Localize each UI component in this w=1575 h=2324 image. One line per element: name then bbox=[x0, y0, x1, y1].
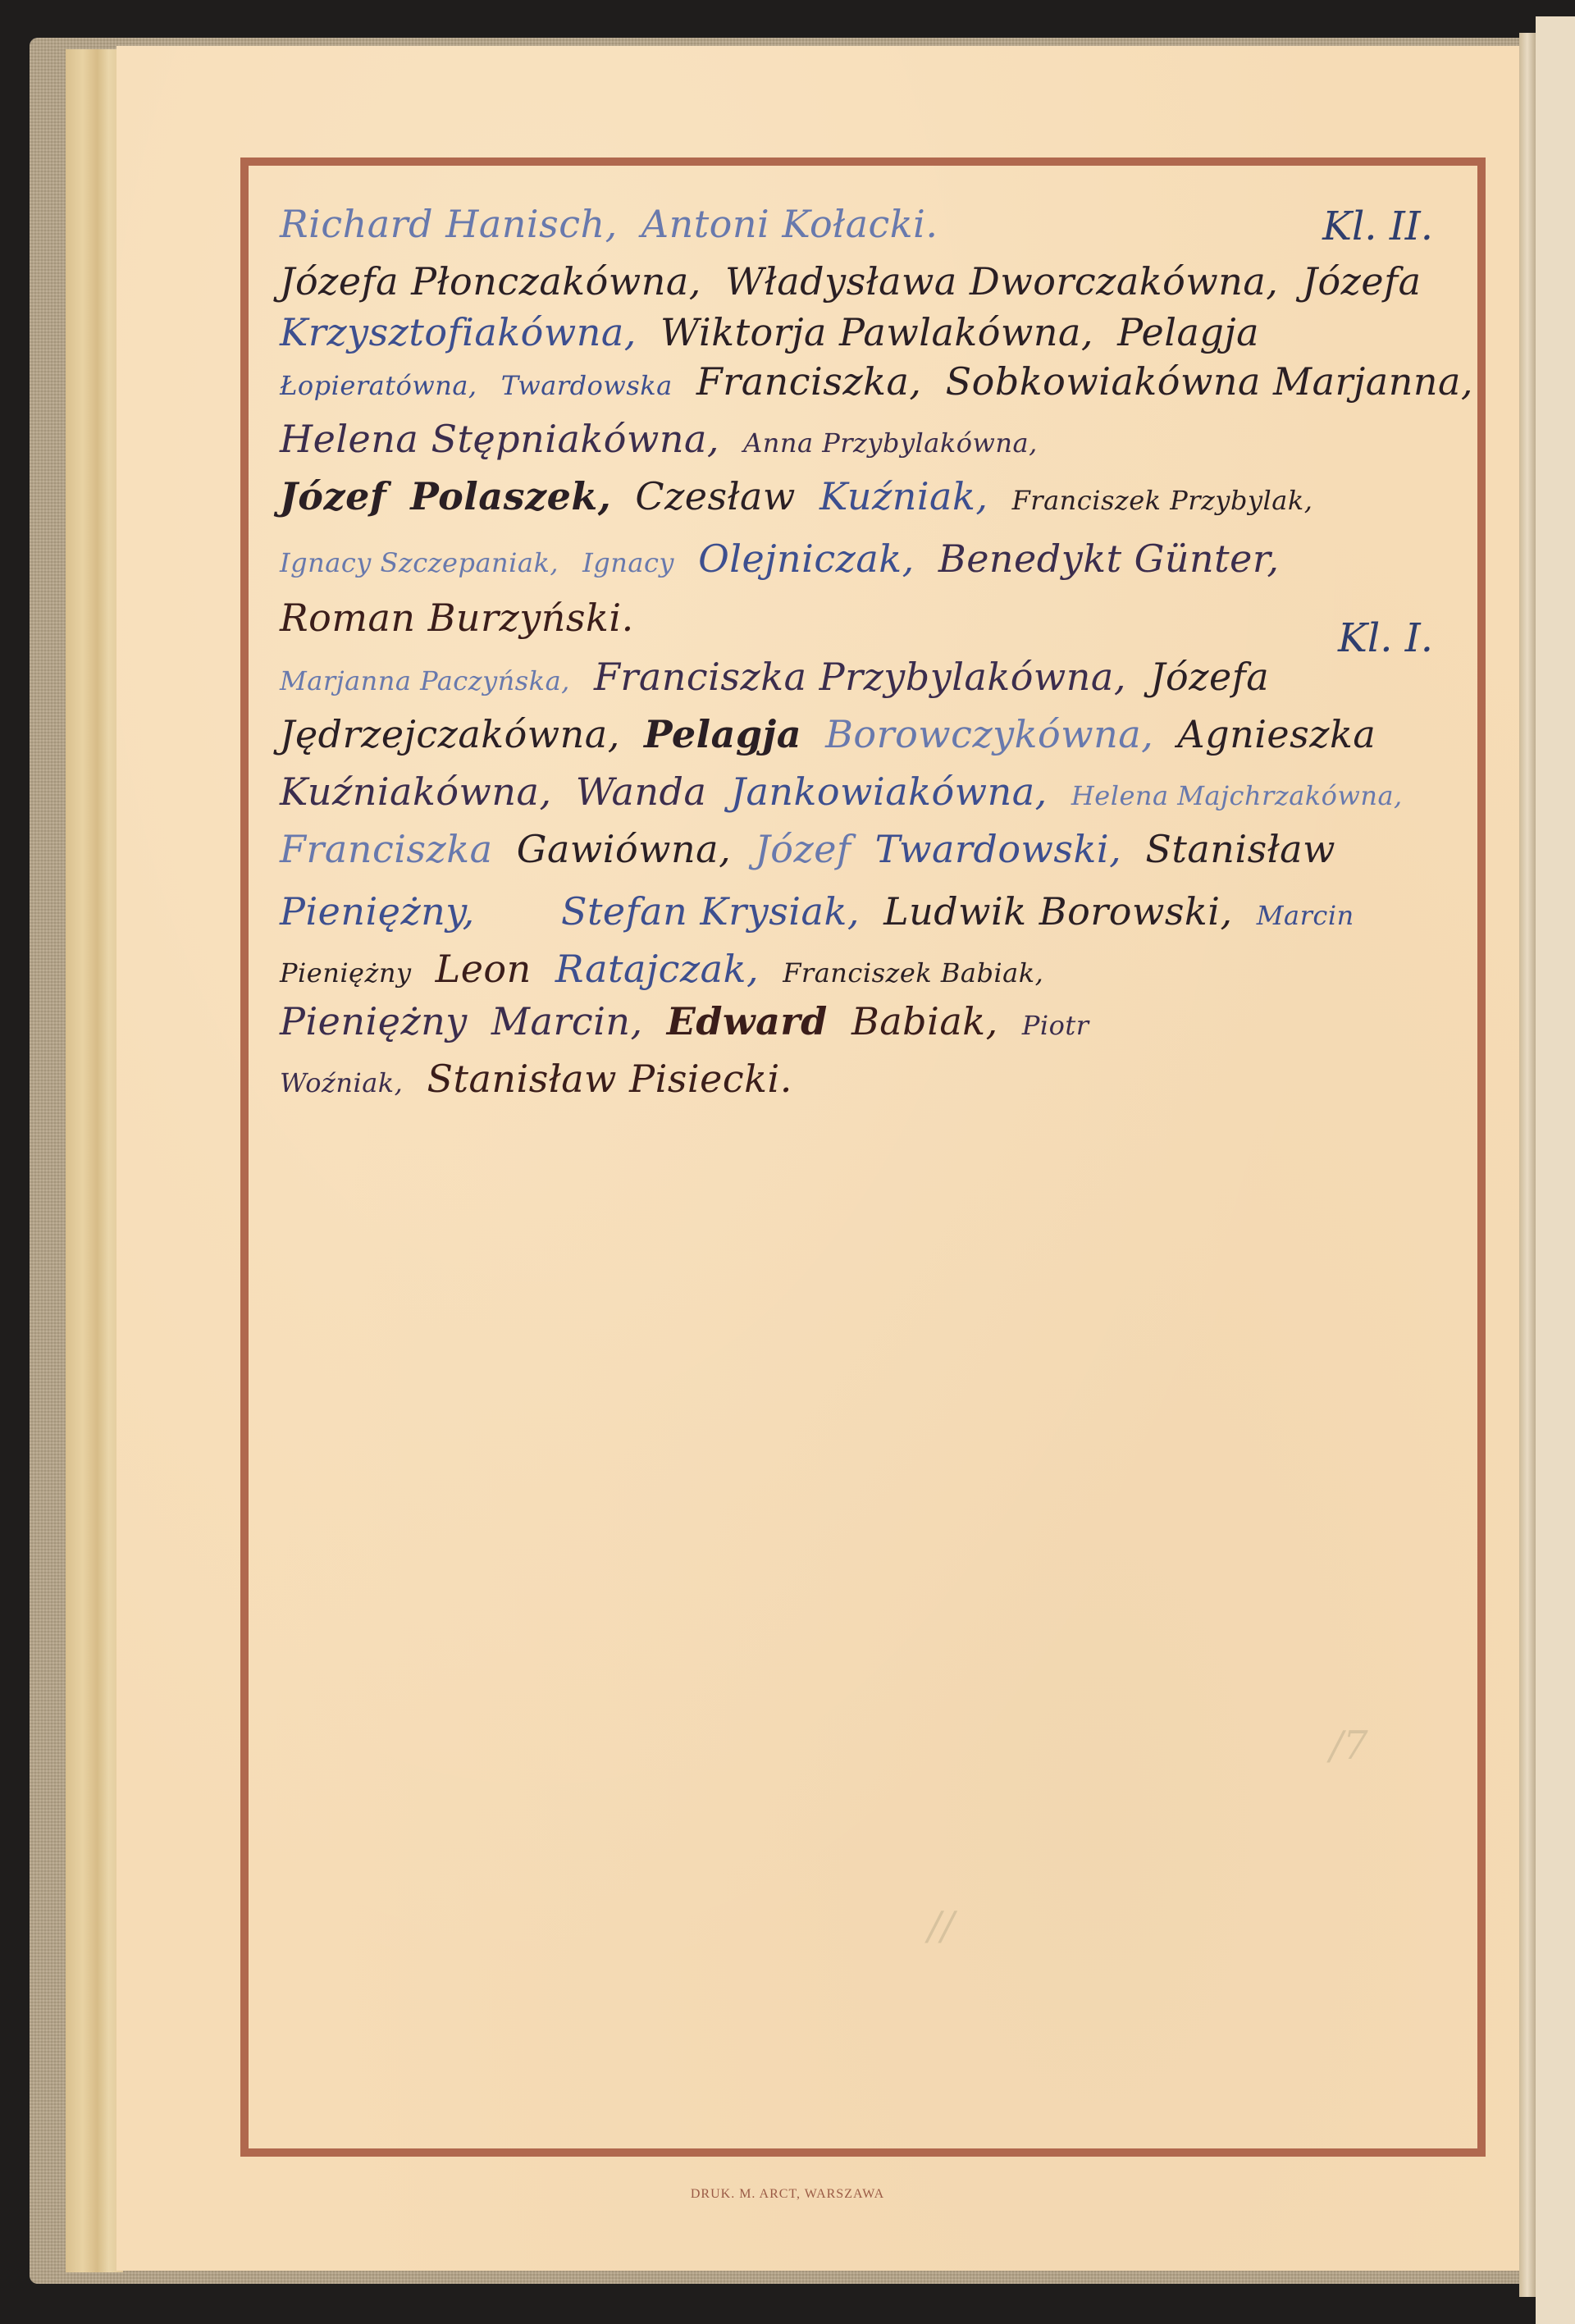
name-entry: Franciszka bbox=[280, 827, 493, 871]
name-entry: Olejniczak, bbox=[698, 536, 915, 581]
name-entry: Ignacy Szczepaniak, bbox=[280, 547, 559, 578]
name-entry: Borowczykówna, bbox=[825, 712, 1153, 756]
name-entry: Franciszka Przybylakówna, bbox=[594, 655, 1126, 699]
name-entry: Ignacy bbox=[582, 547, 674, 578]
name-entry: Anna Przybylakówna, bbox=[743, 427, 1038, 459]
name-entry: Józef bbox=[755, 827, 851, 871]
name-entry: Franciszka, bbox=[696, 359, 922, 404]
class-mark-kl-i: Kl. I. bbox=[1338, 615, 1433, 661]
name-entry: Helena Stępniakówna, bbox=[280, 417, 719, 461]
bleed-through-mark: /7 bbox=[1330, 1723, 1368, 1769]
name-entry: Leon bbox=[436, 947, 532, 991]
frame-content: Kl. II. Richard Hanisch, Antoni Kołacki.… bbox=[263, 180, 1463, 2134]
name-line: Józefa Płonczakówna, Władysława Dworczak… bbox=[280, 263, 1433, 300]
name-entry: Kuźniakówna, bbox=[280, 769, 552, 814]
name-entry: Jędrzejczakówna, bbox=[280, 712, 620, 756]
name-entry: Gawiówna, bbox=[517, 827, 732, 871]
name-line: Józef Polaszek, Czesław Kuźniak, Francis… bbox=[280, 477, 1324, 515]
name-entry: Roman Burzyński. bbox=[280, 596, 634, 640]
page-edges bbox=[66, 49, 123, 2272]
name-entry: Władysława Dworczakówna, bbox=[725, 259, 1278, 304]
name-entry: Czesław bbox=[635, 474, 795, 518]
name-entry: Stanisław bbox=[1145, 827, 1335, 871]
name-entry: Franciszek Babiak, bbox=[783, 957, 1043, 988]
name-entry: Helena Majchrzakówna, bbox=[1071, 780, 1403, 811]
name-entry: Józefa bbox=[1303, 259, 1422, 304]
name-entry: Piotr bbox=[1022, 1010, 1089, 1041]
name-line: Helena Stępniakówna, Anna Przybylakówna, bbox=[280, 420, 1049, 458]
printer-imprint: DRUK. M. ARCT, WARSZAWA bbox=[0, 2187, 1575, 2202]
name-entry: Stefan Krysiak, bbox=[561, 889, 860, 934]
name-entry: Wiktorja Pawlakówna, bbox=[660, 310, 1093, 354]
name-entry: Agnieszka bbox=[1177, 712, 1376, 756]
name-line: Pieniężny, Stefan Krysiak, Ludwik Borows… bbox=[280, 893, 1366, 930]
name-entry: Marcin bbox=[1257, 900, 1354, 931]
name-entry: Józef bbox=[280, 474, 386, 518]
name-entry: Polaszek, bbox=[410, 474, 611, 518]
name-entry: Pelagja bbox=[1117, 310, 1259, 354]
name-entry: Ratajczak, bbox=[555, 947, 759, 991]
name-entry: Ludwik Borowski, bbox=[883, 889, 1233, 934]
name-entry: Krzysztofiakówna, bbox=[280, 310, 637, 354]
name-entry: Sobkowiakówna Marjanna, bbox=[946, 359, 1473, 404]
name-entry: Łopieratówna, bbox=[280, 370, 477, 401]
name-entry: Józefa Płonczakówna, bbox=[280, 259, 701, 304]
name-entry: Twardowska bbox=[501, 370, 673, 401]
name-entry: Pelagja bbox=[644, 712, 801, 756]
name-entry: Pieniężny, bbox=[280, 889, 475, 934]
name-line: Franciszka Gawiówna, Józef Twardowski, S… bbox=[280, 830, 1347, 868]
name-line: Roman Burzyński. bbox=[280, 599, 646, 637]
name-entry: Jankowiakówna, bbox=[731, 769, 1048, 814]
name-line: Pieniężny Leon Ratajczak, Franciszek Bab… bbox=[280, 950, 1055, 988]
name-entry: Franciszek Przybylak, bbox=[1012, 485, 1313, 516]
printed-frame: Kl. II. Richard Hanisch, Antoni Kołacki.… bbox=[240, 158, 1486, 2157]
name-line: Łopieratówna, Twardowska Franciszka, Sob… bbox=[280, 363, 1485, 400]
name-entry: Woźniak, bbox=[280, 1067, 403, 1098]
name-line: Marjanna Paczyńska, Franciszka Przybylak… bbox=[280, 658, 1281, 696]
name-entry: Antoni Kołacki. bbox=[641, 202, 938, 246]
name-entry: Richard Hanisch, bbox=[280, 202, 618, 246]
name-line: Richard Hanisch, Antoni Kołacki. bbox=[280, 205, 949, 243]
name-line: Krzysztofiakówna, Wiktorja Pawlakówna, P… bbox=[280, 313, 1271, 351]
name-entry: Józefa bbox=[1150, 655, 1269, 699]
name-entry: Marjanna Paczyńska, bbox=[280, 665, 570, 696]
facing-page-edge bbox=[1536, 16, 1575, 2324]
name-entry: Edward bbox=[667, 999, 828, 1043]
name-entry: Pieniężny bbox=[280, 957, 412, 988]
name-entry: Twardowski, bbox=[875, 827, 1122, 871]
class-mark-kl-ii: Kl. II. bbox=[1322, 203, 1433, 249]
name-line: Woźniak, Stanisław Pisiecki. bbox=[280, 1060, 804, 1098]
name-line: Pieniężny Marcin, Edward Babiak, Piotr bbox=[280, 1002, 1101, 1040]
name-entry: Marcin, bbox=[491, 999, 643, 1043]
book-gutter bbox=[1519, 33, 1536, 2297]
name-entry: Stanisław Pisiecki. bbox=[427, 1057, 792, 1101]
name-line: Kuźniakówna, Wanda Jankowiakówna, Helena… bbox=[280, 773, 1414, 810]
name-line: Jędrzejczakówna, Pelagja Borowczykówna, … bbox=[280, 715, 1387, 753]
name-entry: Wanda bbox=[576, 769, 707, 814]
name-line: Ignacy Szczepaniak, Ignacy Olejniczak, B… bbox=[280, 540, 1290, 578]
name-entry: Babiak, bbox=[851, 999, 998, 1043]
bleed-through-mark: // bbox=[928, 1903, 954, 1949]
name-entry: Pieniężny bbox=[280, 999, 468, 1043]
name-entry: Kuźniak, bbox=[819, 474, 988, 518]
name-entry: Benedykt Günter, bbox=[938, 536, 1280, 581]
